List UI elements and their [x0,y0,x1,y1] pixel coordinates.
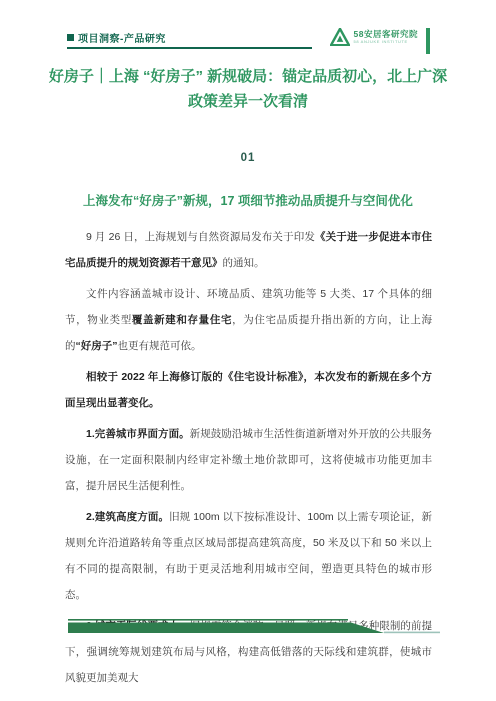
square-bullet-icon [67,34,74,41]
logo-subtext: 58 ANJUKE INSTITUTE [354,40,418,44]
body-paragraph: 9 月 26 日，上海规划与自然资源局发布关于印发《关于进一步促进本市住宅品质提… [65,224,432,276]
page-header: 项目洞察-产品研究 58安居客研究院 58 ANJUKE INSTITUTE [65,26,432,58]
report-series-label: 项目洞察-产品研究 [67,30,166,45]
logo-vertical-bar [426,28,430,54]
body-paragraph: 相较于 2022 年上海修订版的《住宅设计标准》，本次发布的新规在多个方面呈现出… [65,364,432,416]
report-series-text: 项目洞察-产品研究 [78,30,166,45]
page-number: 1 [428,621,432,630]
body-paragraph: 文件内容涵盖城市设计、环境品质、建筑功能等 5 大类、17 个具体的细节，物业类… [65,281,432,359]
logo-text-block: 58安居客研究院 58 ANJUKE INSTITUTE [354,30,418,45]
page-footer: 1 [68,619,440,637]
section-title: 上海发布“好房子”新规，17 项细节推动品质提升与空间优化 [48,191,448,209]
document-page: 项目洞察-产品研究 58安居客研究院 58 ANJUKE INSTITUTE 好… [0,0,496,701]
body-paragraph: 2.建筑高度方面。旧规 100m 以下按标准设计、100m 以上需专项论证，新规… [65,504,432,608]
body-paragraph: 1.完善城市界面方面。新规鼓励沿城市生活性街道新增对外开放的公共服务设施，在一定… [65,421,432,499]
article-title: 好房子｜上海 “好房子” 新规破局：锚定品质初心，北上广深政策差异一次看清 [48,64,448,114]
header-rule [67,47,312,49]
logo-name-text: 58安居客研究院 [354,30,418,39]
institute-logo: 58安居客研究院 58 ANJUKE INSTITUTE [330,28,418,46]
anjuke-triangle-icon [330,28,350,46]
section-number: 01 [0,152,496,164]
footer-ribbon [68,619,440,637]
